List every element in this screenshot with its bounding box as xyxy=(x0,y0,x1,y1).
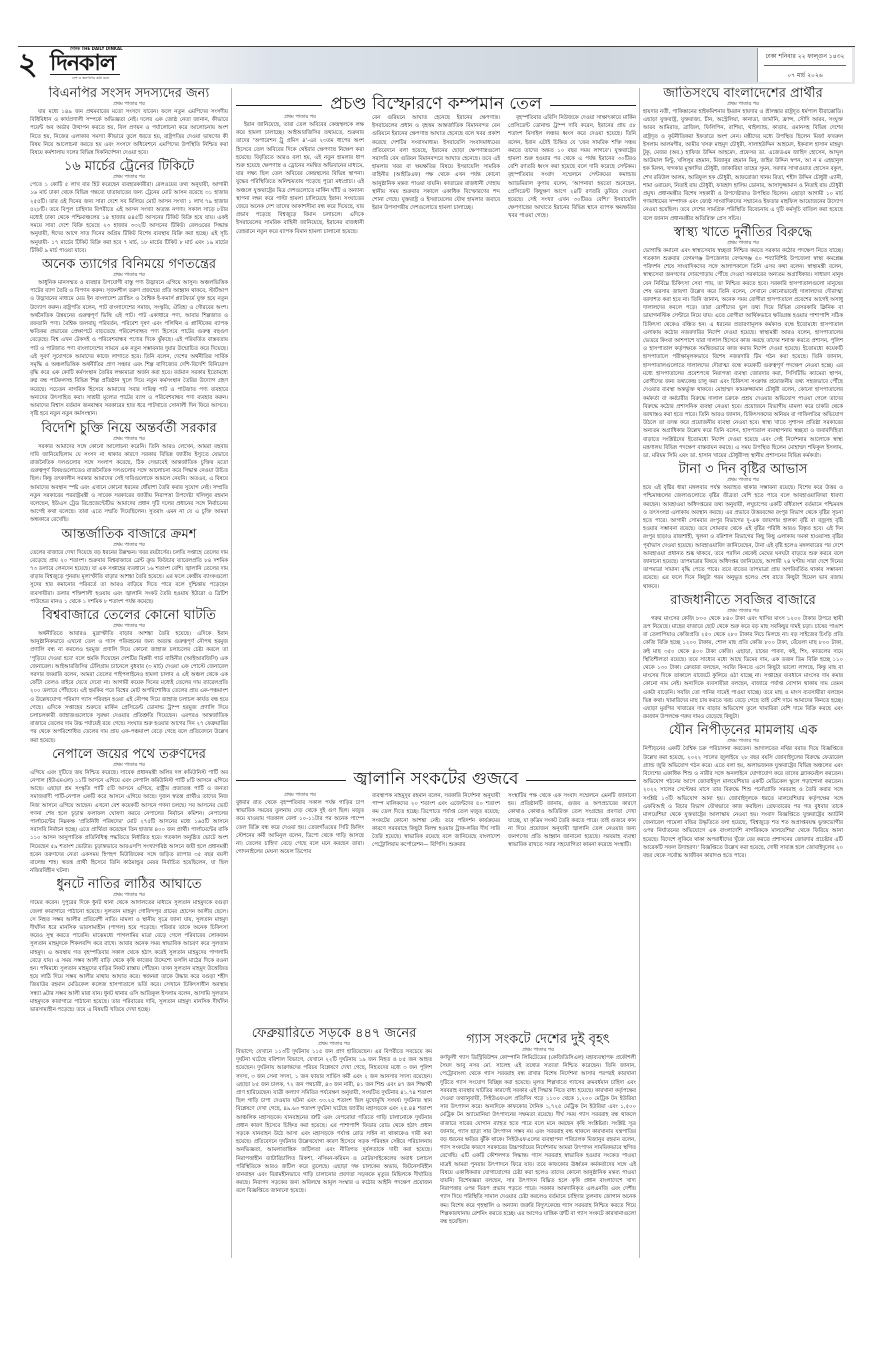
article: জাতিসংঘে বাংলাদেশের প্রার্থীর প্রথম পাতা… xyxy=(643,86,843,223)
continued-label: প্রথম পাতার পর xyxy=(30,272,228,279)
article-body: সংস্থাটির পক্ষ থেকে এক সংবাদ সম্মেলনে এম… xyxy=(508,792,636,849)
continued-label: প্রথম পাতার পর xyxy=(30,101,228,108)
article-headline: বিএনপির সংসদ সদস্যদের জন্য xyxy=(30,86,228,101)
article: ১৬ মার্চের ট্রেনের টিকিটে প্রথম পাতার পর… xyxy=(30,159,228,255)
column-divider xyxy=(639,88,640,1258)
article-body: যার মধ্যে ১৪৯ জন প্রথমবারের মতো সংসদে যা… xyxy=(30,108,228,157)
article-headline: গ্যাস সংকটে দেশের দুই বৃহৎ xyxy=(440,1032,636,1047)
article: রাজধানীতে সবজির বাজারে প্রথম পাতার পর গর… xyxy=(643,593,843,722)
continued-label: প্রথম পাতার পর xyxy=(643,240,843,247)
article-headline: স্বাস্থ্য খাতে দুর্নীতির বিরুদ্ধে xyxy=(643,225,843,240)
article-headline: জাতিসংঘে বাংলাদেশের প্রার্থীর xyxy=(643,86,843,101)
article-body: ব্যবস্থাপক মাহমুদুর রহমান বলেন, সরকারি ন… xyxy=(372,792,500,849)
continued-label: প্রথম পাতার পর xyxy=(643,608,843,615)
article-headline: নেপালে জয়ের পথে তরুণদের xyxy=(30,747,228,762)
continued-label: প্রথম পাতার পর xyxy=(643,477,843,484)
center-middle-headline-row: জ্বালানি সংকটের গুজবে xyxy=(236,766,636,794)
newspaper-logo: দৈনিক THE DAILY DINKAL দিনকাল দেশ ও জনগণ… xyxy=(50,47,120,83)
article: নেপালে জয়ের পথে তরুণদের প্রথম পাতার পর … xyxy=(30,747,228,876)
article: অনেক ত্যাগের বিনিময়ে গণতন্ত্রের প্রথম প… xyxy=(30,257,228,418)
headline-rule xyxy=(236,780,346,781)
continued-label: প্রথম পাতার পর xyxy=(643,101,843,108)
article-body: ইরান জানিয়েছে, তারা তেল অবিবের কেন্দ্রস… xyxy=(236,121,364,236)
article-body: অর্থনীতিতে আবারও মুদ্রাস্ফীতি বাড়ার আশঙ… xyxy=(30,630,228,745)
continued-label: প্রথম পাতার পর xyxy=(30,892,228,899)
text-column: বেন গুরিয়নে আঘাত হেনেছে ইরানের ক্ষেপণাস… xyxy=(372,114,500,754)
article: গ্যাস সংকটে দেশের দুই বৃহৎ প্রথম পাতার প… xyxy=(440,1026,636,1326)
headline-rule xyxy=(236,105,322,106)
article: বিএনপির সংসদ সদস্যদের জন্য প্রথম পাতার প… xyxy=(30,86,228,157)
page-number: ২ xyxy=(18,49,38,81)
article-body: সরকার আমাদের সঙ্গে কোনো আলোচনা করেনি। তি… xyxy=(30,443,228,525)
headline-rule xyxy=(526,780,636,781)
article: ফেব্রুয়ারিতে সড়কে ৪৪৭ জনের প্রথম পাতার… xyxy=(236,1026,432,1326)
article: আন্তর্জাতিক বাজারে ক্রমশ প্রথম পাতার পর … xyxy=(30,527,228,606)
center-middle-headline: জ্বালানি সংকটের গুজবে xyxy=(346,766,527,794)
continued-label: প্রথম পাতার পর xyxy=(236,114,364,121)
center-top-article: প্রথম পাতার পর ইরান জানিয়েছে, তারা তেল … xyxy=(236,114,636,754)
article-body: হয়ে এই বৃষ্টির ধারা মঙ্গলবার পর্যন্ত অব… xyxy=(643,484,843,591)
left-column: বিএনপির সংসদ সদস্যদের জন্য প্রথম পাতার প… xyxy=(30,86,228,1266)
continued-label: প্রথম পাতার পর xyxy=(643,738,843,745)
continued-label: প্রথম পাতার পর xyxy=(440,1047,636,1054)
article: টানা ৩ দিন বৃষ্টির আভাস প্রথম পাতার পর হ… xyxy=(643,462,843,591)
article-body: তেলের বাজারে দেখা দিয়েছে বড় ধরনের উল্ল… xyxy=(30,549,228,606)
article-body: বেন গুরিয়নে আঘাত হেনেছে ইরানের ক্ষেপণাস… xyxy=(372,114,500,212)
masthead: ২ দৈনিক THE DAILY DINKAL দিনকাল দেশ ও জন… xyxy=(18,46,855,84)
continued-label: প্রথম পাতার পর xyxy=(236,792,364,799)
continued-label: প্রথম পাতার পর xyxy=(30,623,228,630)
right-column: জাতিসংঘে বাংলাদেশের প্রার্থীর প্রথম পাতা… xyxy=(643,86,843,1266)
article-headline: আন্তর্জাতিক বাজারে ক্রমশ xyxy=(30,527,228,542)
article-headline: টানা ৩ দিন বৃষ্টির আভাস xyxy=(643,462,843,477)
article-body: আধুনিক মানসম্মত ও ব্যবহার উপযোগী বাস্তু … xyxy=(30,279,228,418)
continued-label: প্রথম পাতার পর xyxy=(30,174,228,181)
article-headline: বিদেশি চুক্তি নিয়ে অন্তর্বর্তী সরকার xyxy=(30,421,228,436)
article-headline: ধুনটে নাতির লাঠির আঘাতে xyxy=(30,877,228,892)
article-headline: অনেক ত্যাগের বিনিময়ে গণতন্ত্রের xyxy=(30,257,228,272)
article-body: হায়দার নর্তী, পাকিস্তানের হাইকমিশনার ইম… xyxy=(643,108,843,223)
article-body: এগিয়ে এবং দুটিতে জয় নিশ্চিত করেছে। সাব… xyxy=(30,769,228,876)
article-body: পেতে ১ কোটি ৫ লাখ বার হিট করেছেন ব্যবহার… xyxy=(30,181,228,255)
article-body: বৃহস্পতিবার এবিসি নিউজকে দেওয়া সাক্ষাৎক… xyxy=(508,114,636,221)
logo-underline xyxy=(50,74,120,75)
text-column: বৃহস্পতিবার এবিসি নিউজকে দেওয়া সাক্ষাৎক… xyxy=(508,114,636,754)
article: বিদেশি চুক্তি নিয়ে অন্তর্বর্তী সরকার প্… xyxy=(30,421,228,525)
continued-label: প্রথম পাতার পর xyxy=(30,542,228,549)
continued-label: প্রথম পাতার পর xyxy=(30,762,228,769)
article-headline: বিশ্ববাজারে তেলের কোনো ঘাটতি xyxy=(30,608,228,623)
article: স্বাস্থ্য খাতে দুর্নীতির বিরুদ্ধে প্রথম … xyxy=(643,225,843,460)
article-body: কর্ণফুলী গ্যাস ডিস্ট্রিবিউশন কোম্পানি লি… xyxy=(440,1054,636,1226)
text-column: প্রথম পাতার পর ইরান জানিয়েছে, তারা তেল … xyxy=(236,114,364,754)
date-bangla: ঢাকা শনিবার ২২ ফাল্গুন ১৪৩২ xyxy=(764,48,846,66)
text-column: প্রথম পাতার পর বুধবার রাত থেকে বৃহস্পতিব… xyxy=(236,792,364,1022)
date-english: ০৭ মার্চ ২০২৬ xyxy=(758,66,852,81)
article-body: ভোগান্তি কমানো এবং স্বাস্থ্যসেবায় স্বচ্… xyxy=(643,247,843,460)
article-headline: যৌন নিপীড়নের মামলায় এক xyxy=(643,723,843,738)
logo-tagline: দেশ ও জনগণের কথা বলে xyxy=(72,76,109,82)
article-body: বিভাগে; যেখানে ১১৩টি দুর্ঘটনায় ১১৫ জন প… xyxy=(236,1048,432,1196)
article-body: দায়ের করেন। দুপুরের দিকে ধুনট থানা থেকে… xyxy=(30,899,228,1014)
center-bottom-articles: ফেব্রুয়ারিতে সড়কে ৪৪৭ জনের প্রথম পাতার… xyxy=(236,1026,636,1326)
continued-label: প্রথম পাতার পর xyxy=(236,1041,432,1048)
article: যৌন নিপীড়নের মামলায় এক প্রথম পাতার পর … xyxy=(643,723,843,860)
article-body: গরুর মাংসের কেজি ৮০০ থেকে ৮৪০ টাকা এবং খ… xyxy=(643,615,843,722)
center-middle-article: প্রথম পাতার পর বুধবার রাত থেকে বৃহস্পতিব… xyxy=(236,792,636,1022)
article-headline: রাজধানীতে সবজির বাজারে xyxy=(643,593,843,608)
column-divider xyxy=(231,88,232,1258)
text-column: সংস্থাটির পক্ষ থেকে এক সংবাদ সম্মেলনে এম… xyxy=(508,792,636,1022)
article: ধুনটে নাতির লাঠির আঘাতে প্রথম পাতার পর দ… xyxy=(30,877,228,1014)
article: বিশ্ববাজারে তেলের কোনো ঘাটতি প্রথম পাতার… xyxy=(30,608,228,745)
text-column: ব্যবস্থাপক মাহমুদুর রহমান বলেন, সরকারি ন… xyxy=(372,792,500,1022)
continued-label: প্রথম পাতার পর xyxy=(30,436,228,443)
article-headline: ১৬ মার্চের ট্রেনের টিকিটে xyxy=(30,159,228,174)
date-box: ঢাকা শনিবার ২২ ফাল্গুন ১৪৩২ ০৭ মার্চ ২০২… xyxy=(757,48,852,82)
article-headline: ফেব্রুয়ারিতে সড়কে ৪৪৭ জনের xyxy=(236,1026,432,1041)
article-body: বুধবার রাত থেকে বৃহস্পতিবার সকাল পর্যন্ত… xyxy=(236,799,364,856)
article-body: নিপীড়নের একটি বৈশ্বিক চক্র পরিচালনা করত… xyxy=(643,745,843,860)
headline-rule xyxy=(550,105,636,106)
